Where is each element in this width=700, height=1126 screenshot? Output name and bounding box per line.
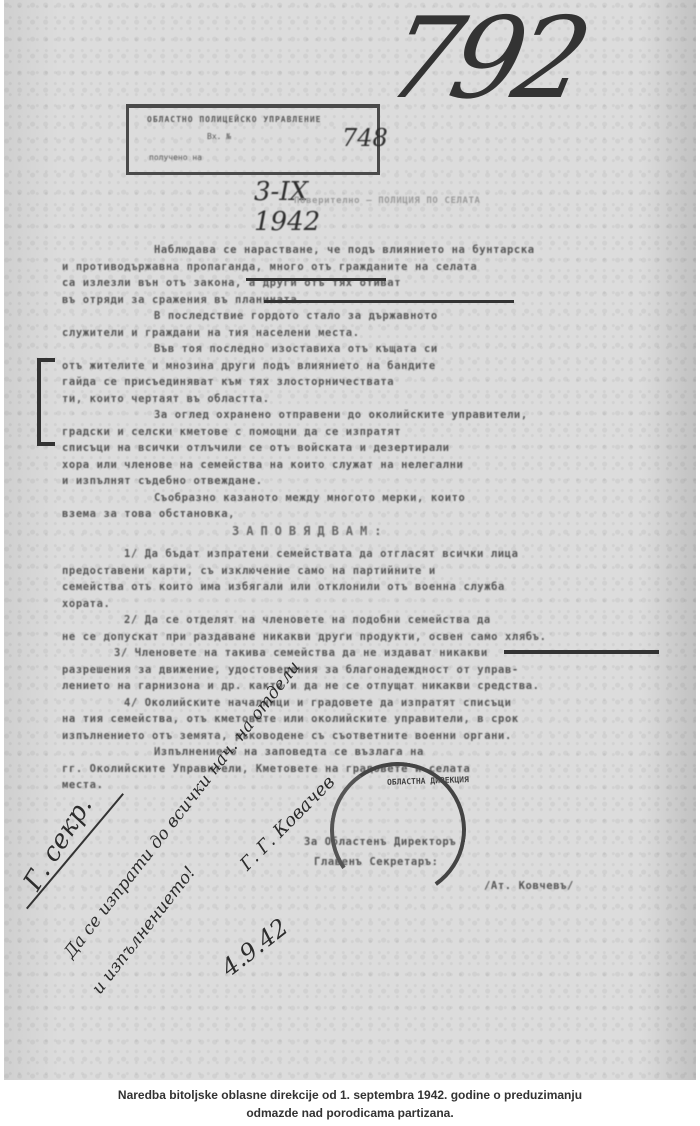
- official-seal: ОБЛАСТНА ДИРЕКЦИЯ: [319, 751, 477, 909]
- typed-line: За оглед охранено отправени до околийски…: [154, 409, 528, 421]
- caption-line-2: odmazde nad porodicama partizana.: [0, 1104, 700, 1122]
- stamp-received-label: получено на: [149, 153, 202, 162]
- caption-line-1: Naredba bitoljske oblasne direkcije od 1…: [0, 1086, 700, 1104]
- underline-mark: [264, 300, 514, 303]
- margin-bracket-mark: [37, 358, 55, 446]
- stamp-received-value: 3-IX 1942: [254, 177, 320, 237]
- underline-mark: [246, 278, 386, 281]
- handwritten-initials-date: 4.9.42: [216, 913, 293, 982]
- typed-line: и изпълнят съдебно отвеждане.: [62, 475, 263, 487]
- stamp-number-value: 748: [342, 124, 388, 152]
- subject-line: Поверително — ПОЛИЦИЯ ПО СЕЛАТА: [294, 196, 481, 206]
- figure-caption: Naredba bitoljske oblasne direkcije od 1…: [0, 1086, 700, 1122]
- signature-line-2: Главенъ Секретаръ:: [314, 856, 439, 868]
- orders-heading: ЗАПОВЯДВАМ:: [232, 524, 388, 538]
- typed-line: хора или членове на семейства на които с…: [62, 459, 463, 471]
- typed-line: хората.: [62, 598, 110, 610]
- typed-line: ти, които чертаят въ областта.: [62, 393, 270, 405]
- stamp-received-row: получено на 3-IX 1942: [149, 153, 202, 162]
- typed-line: предоставени карти, съ изключение само н…: [62, 565, 436, 577]
- stamp-number-row: Вх. № 748: [207, 132, 231, 141]
- typed-line: на тия семейства, отъ кметовете или окол…: [62, 713, 519, 725]
- document-scan: 792 ОБЛАСТНО ПОЛИЦЕЙСКО УПРАВЛЕНИЕ Вх. №…: [4, 0, 696, 1080]
- signature-line-1: За Областенъ Директоръ: [304, 836, 456, 848]
- typed-line: изпълнението отъ земята, ръководене съ с…: [62, 730, 512, 742]
- typed-line: 4/ Околийските началници и градовете да …: [124, 697, 512, 709]
- typed-line: списъци на всички отлъчили се отъ войска…: [62, 442, 450, 454]
- handwritten-note-secretary: Г. секр.: [18, 792, 99, 896]
- typed-line: отъ жителите и мнозина други подъ влияни…: [62, 360, 436, 372]
- typed-line: семейства отъ които има избягали или отк…: [62, 581, 505, 593]
- stamp-number-label: Вх. №: [207, 132, 231, 141]
- typed-line: 3/ Членовете на такива семейства да не и…: [114, 647, 488, 659]
- typed-line: В последствие гордото стало за държавнот…: [154, 310, 438, 322]
- handwritten-note-execute: и изпълнението!: [88, 863, 200, 999]
- typed-line: Наблюдава се нарастване, че подъ влияние…: [154, 244, 535, 256]
- typed-line: гайда се присъединяват към тях злосторни…: [62, 376, 394, 388]
- typed-line: Във тоя последно изоставиха отъ къщата с…: [154, 343, 438, 355]
- underline-mark: [504, 650, 659, 654]
- typed-line: Изпълнението на заповедта се възлага на: [154, 746, 424, 758]
- typed-line: градски и селски кметове с помощни да се…: [62, 426, 401, 438]
- typed-line: взема за това обстановка,: [62, 508, 235, 520]
- signature-line-3: /Ат. Ковчевъ/: [484, 880, 574, 892]
- typed-line: не се допускат при раздаване никакви дру…: [62, 631, 547, 643]
- typed-line: места.: [62, 779, 104, 791]
- typed-line: лението на гарнизона и др. както и да не…: [62, 680, 540, 692]
- registry-number-handwritten: 792: [376, 0, 593, 124]
- typed-line: Съобразно казаното между многото мерки, …: [154, 492, 465, 504]
- typed-line: 1/ Да бъдат изпратени семействата да отг…: [124, 548, 519, 560]
- seal-text: ОБЛАСТНА ДИРЕКЦИЯ: [387, 775, 469, 787]
- typed-line: 2/ Да се отделят на членовете на подобни…: [124, 614, 491, 626]
- stamp-title: ОБЛАСТНО ПОЛИЦЕЙСКО УПРАВЛЕНИЕ: [147, 115, 322, 124]
- typed-line: и противодържавна пропаганда, много отъ …: [62, 261, 477, 273]
- received-stamp: ОБЛАСТНО ПОЛИЦЕЙСКО УПРАВЛЕНИЕ Вх. № 748…: [126, 104, 380, 175]
- typed-line: служители и граждани на тия населени мес…: [62, 327, 360, 339]
